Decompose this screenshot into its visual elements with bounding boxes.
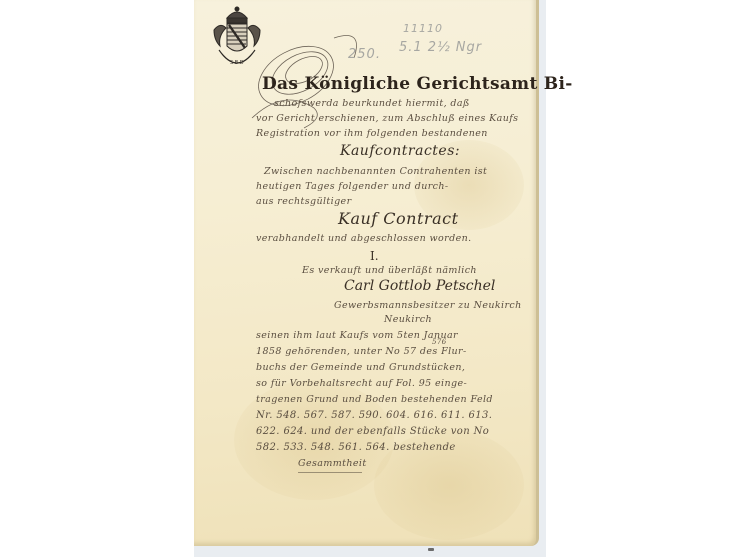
scanner-mark [428,548,434,551]
superscript-number: 576 [432,338,447,346]
pencil-note-inventory: 11110 [403,22,443,35]
text-line: buchs der Gemeinde und Grundstücken, [256,362,465,373]
text-line: so für Vorbehaltsrecht auf Fol. 95 einge… [256,378,467,389]
contract-title: Kauf Contract [338,209,459,228]
document-page: S·B·D 11110 5.1 2½ Ngr 250. Das Königlic… [194,0,539,546]
seller-residence: Neukirch [384,314,432,325]
section-number: I. [370,249,379,263]
text-line: seinen ihm laut Kaufs vom 5ten Januar [256,330,458,341]
letterhead: Das Königliche Gerichtsamt Bi- [262,74,573,94]
text-line: aus rechtsgültiger [256,196,352,207]
seller-name: Carl Gottlob Petschel [344,278,495,294]
text-line: Gesammtheit [298,458,367,469]
parcel-numbers: 582. 533. 548. 561. 564. bestehende [256,442,456,453]
text-line: Registration vor ihm folgenden bestanden… [256,128,488,139]
text-line: tragenen Grund und Boden bestehenden Fel… [256,394,493,405]
text-line: schofswerda beurkundet hiermit, daß [274,98,470,109]
seller-occupation: Gewerbsmannsbesitzer zu Neukirch [334,300,522,311]
section-heading: Kaufcontractes: [340,143,460,159]
text-line: Zwischen nachbenannten Contrahenten ist [264,166,487,177]
parcel-numbers: 622. 624. und der ebenfalls Stücke von N… [256,426,489,437]
text-line: heutigen Tages folgender und durch- [256,181,449,192]
pencil-note-price: 5.1 2½ Ngr [399,40,482,55]
parcel-numbers: Nr. 548. 567. 587. 590. 604. 616. 611. 6… [256,410,492,421]
text-line: verabhandelt und abgeschlossen worden. [256,233,472,244]
text-line: Es verkauft und überläßt nämlich [302,265,477,276]
svg-text:S·B·D: S·B·D [230,60,244,66]
text-line: 1858 gehörenden, unter No 57 des Flur- [256,346,467,357]
underline-flourish [298,472,362,473]
pencil-note-number: 250. [348,47,381,62]
text-line: vor Gericht erschienen, zum Abschluß ein… [256,113,518,124]
